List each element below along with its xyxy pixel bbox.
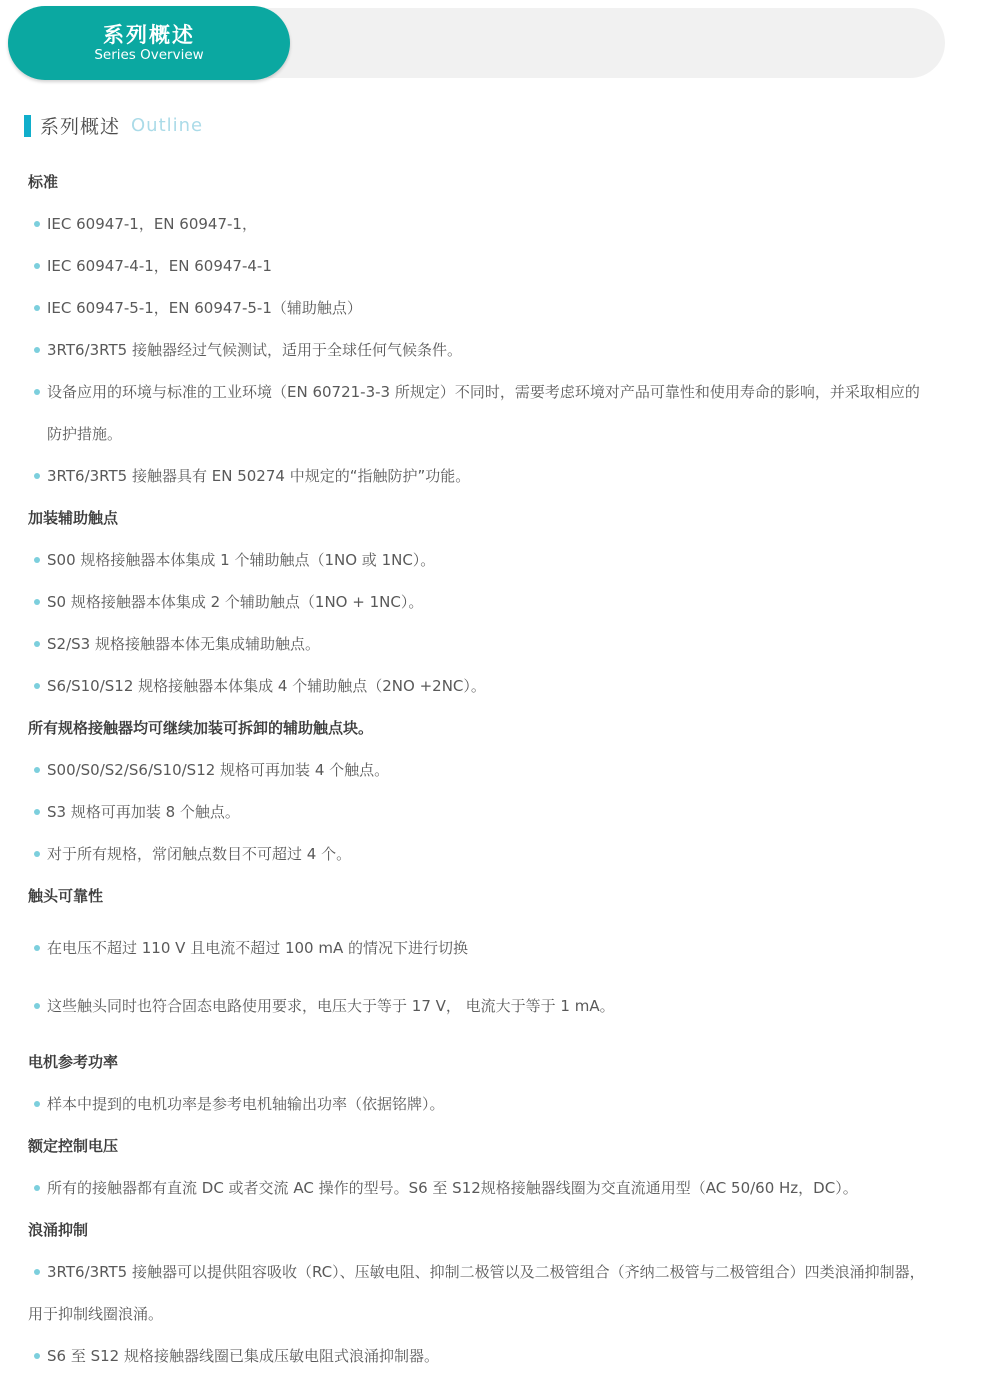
- bullet-icon: [34, 945, 40, 951]
- bullet-icon: [34, 599, 40, 605]
- list-item-text: 所有的接触器都有直流 DC 或者交流 AC 操作的型号。S6 至 S12规格接触…: [47, 1178, 952, 1198]
- bullet-icon: [34, 809, 40, 815]
- list-item-text: S3 规格可再加装 8 个触点。: [47, 802, 952, 822]
- bullet-icon: [34, 1003, 40, 1009]
- bullet-icon: [34, 557, 40, 563]
- section-heading-control-voltage: 额定控制电压: [28, 1136, 952, 1156]
- section-title-row: 系列概述 Outline: [24, 112, 203, 139]
- list-item: IEC 60947-4-1，EN 60947-4-1: [28, 256, 952, 276]
- list-item-text: S6/S10/S12 规格接触器本体集成 4 个辅助触点（2NO +2NC）。: [47, 676, 952, 696]
- pill-title-zh: 系列概述: [103, 23, 195, 48]
- list-item-text: 设备应用的环境与标准的工业环境（EN 60721-3-3 所规定）不同时，需要考…: [47, 382, 952, 402]
- list-item-text: IEC 60947-5-1，EN 60947-5-1（辅助触点）: [47, 298, 952, 318]
- list-item: 3RT6/3RT5 接触器具有 EN 50274 中规定的“指触防护”功能。: [28, 466, 952, 486]
- list-item-text: S0 规格接触器本体集成 2 个辅助触点（1NO + 1NC）。: [47, 592, 952, 612]
- bullet-icon: [34, 473, 40, 479]
- list-item-continuation: 用于抑制线圈浪涌。: [28, 1304, 952, 1324]
- list-item: 所有的接触器都有直流 DC 或者交流 AC 操作的型号。S6 至 S12规格接触…: [28, 1178, 952, 1198]
- list-item: IEC 60947-5-1，EN 60947-5-1（辅助触点）: [28, 298, 952, 318]
- list-item: 这些触头同时也符合固态电路使用要求，电压大于等于 17 V， 电流大于等于 1 …: [28, 996, 952, 1016]
- list-item-continuation: 防护措施。: [28, 424, 952, 444]
- list-item: IEC 60947-1，EN 60947-1，: [28, 214, 952, 234]
- bullet-icon: [34, 851, 40, 857]
- list-item: S00/S0/S2/S6/S10/S12 规格可再加装 4 个触点。: [28, 760, 952, 780]
- list-item: 3RT6/3RT5 接触器可以提供阻容吸收（RC）、压敏电阻、抑制二极管以及二极…: [28, 1262, 952, 1282]
- bullet-icon: [34, 221, 40, 227]
- bullet-icon: [34, 389, 40, 395]
- bullet-icon: [34, 263, 40, 269]
- list-item-text: 3RT6/3RT5 接触器具有 EN 50274 中规定的“指触防护”功能。: [47, 466, 952, 486]
- accent-bar-icon: [24, 115, 31, 137]
- list-item-text: 对于所有规格，常闭触点数目不可超过 4 个。: [47, 844, 952, 864]
- bullet-icon: [34, 767, 40, 773]
- page-title: 系列概述: [40, 112, 120, 139]
- list-item: S2/S3 规格接触器本体无集成辅助触点。: [28, 634, 952, 654]
- list-item-text: 在电压不超过 110 V 且电流不超过 100 mA 的情况下进行切换: [47, 938, 952, 958]
- section-heading-add-on-note: 所有规格接触器均可继续加装可拆卸的辅助触点块。: [28, 718, 952, 738]
- list-item: S6/S10/S12 规格接触器本体集成 4 个辅助触点（2NO +2NC）。: [28, 676, 952, 696]
- bullet-icon: [34, 641, 40, 647]
- list-item-text: S00 规格接触器本体集成 1 个辅助触点（1NO 或 1NC）。: [47, 550, 952, 570]
- list-item: S0 规格接触器本体集成 2 个辅助触点（1NO + 1NC）。: [28, 592, 952, 612]
- list-item-text: 3RT6/3RT5 接触器经过气候测试，适用于全球任何气候条件。: [47, 340, 952, 360]
- bullet-icon: [34, 683, 40, 689]
- list-item: 3RT6/3RT5 接触器经过气候测试，适用于全球任何气候条件。: [28, 340, 952, 360]
- list-item: S6 至 S12 规格接触器线圈已集成压敏电阻式浪涌抑制器。: [28, 1346, 952, 1366]
- bullet-icon: [34, 1101, 40, 1107]
- list-item-text: 3RT6/3RT5 接触器可以提供阻容吸收（RC）、压敏电阻、抑制二极管以及二极…: [47, 1262, 952, 1282]
- list-item-text: S6 至 S12 规格接触器线圈已集成压敏电阻式浪涌抑制器。: [47, 1346, 952, 1366]
- section-heading-contact-reliability: 触头可靠性: [28, 886, 952, 906]
- list-item-text: IEC 60947-4-1，EN 60947-4-1: [47, 256, 952, 276]
- section-heading-motor-power: 电机参考功率: [28, 1052, 952, 1072]
- pill-title-en: Series Overview: [94, 48, 203, 64]
- list-item: 样本中提到的电机功率是参考电机轴输出功率（依据铭牌）。: [28, 1094, 952, 1114]
- header-track: 系列概述 Series Overview: [8, 8, 945, 78]
- document-body: 标准 IEC 60947-1，EN 60947-1， IEC 60947-4-1…: [0, 140, 990, 1366]
- section-heading-standards: 标准: [28, 172, 952, 192]
- list-item: 在电压不超过 110 V 且电流不超过 100 mA 的情况下进行切换: [28, 938, 952, 958]
- bullet-icon: [34, 347, 40, 353]
- list-item-text: S00/S0/S2/S6/S10/S12 规格可再加装 4 个触点。: [47, 760, 952, 780]
- section-heading-aux-contacts: 加装辅助触点: [28, 508, 952, 528]
- series-overview-tab: 系列概述 Series Overview: [8, 6, 290, 80]
- list-item: S00 规格接触器本体集成 1 个辅助触点（1NO 或 1NC）。: [28, 550, 952, 570]
- list-item: 对于所有规格，常闭触点数目不可超过 4 个。: [28, 844, 952, 864]
- list-item: S3 规格可再加装 8 个触点。: [28, 802, 952, 822]
- bullet-icon: [34, 1269, 40, 1275]
- page-title-en: Outline: [131, 115, 203, 136]
- bullet-icon: [34, 305, 40, 311]
- list-item-text: IEC 60947-1，EN 60947-1，: [47, 214, 952, 234]
- list-item-text: 样本中提到的电机功率是参考电机轴输出功率（依据铭牌）。: [47, 1094, 952, 1114]
- bullet-icon: [34, 1353, 40, 1359]
- bullet-icon: [34, 1185, 40, 1191]
- section-heading-surge-suppression: 浪涌抑制: [28, 1220, 952, 1240]
- list-item-text: 这些触头同时也符合固态电路使用要求，电压大于等于 17 V， 电流大于等于 1 …: [47, 996, 952, 1016]
- list-item-text: S2/S3 规格接触器本体无集成辅助触点。: [47, 634, 952, 654]
- list-item: 设备应用的环境与标准的工业环境（EN 60721-3-3 所规定）不同时，需要考…: [28, 382, 952, 402]
